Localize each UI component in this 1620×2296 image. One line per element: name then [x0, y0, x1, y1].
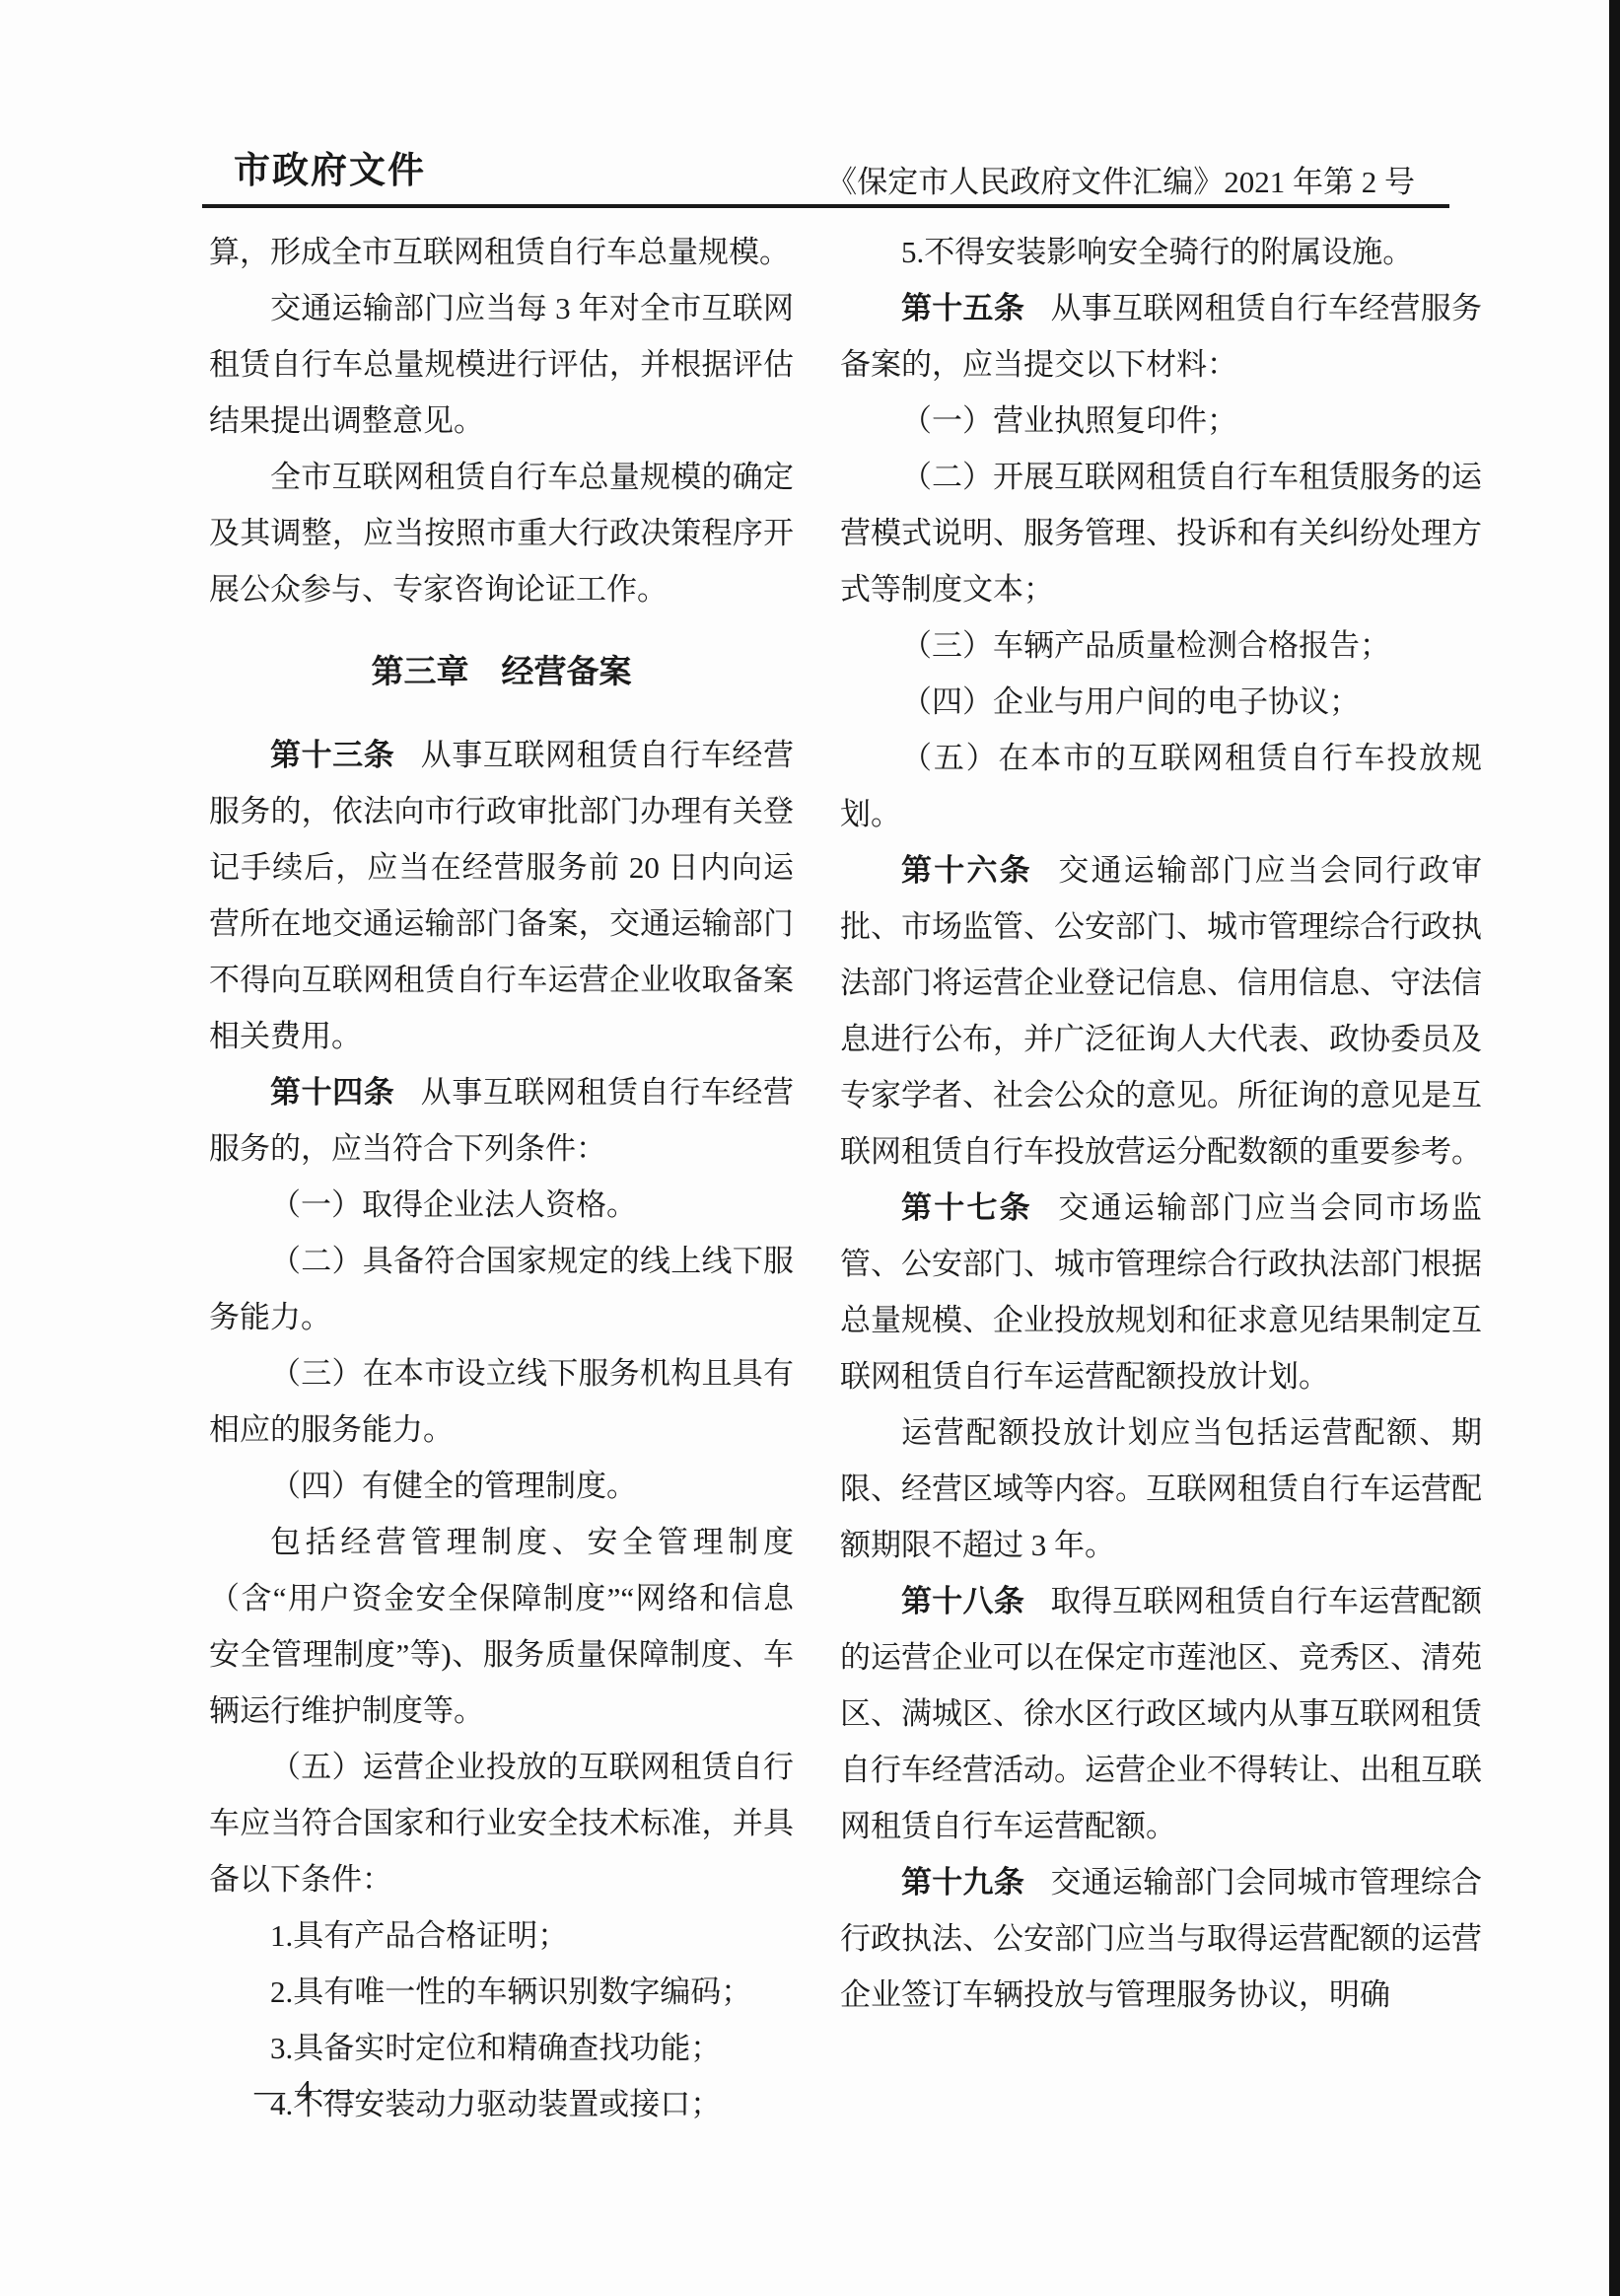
paragraph: （一）取得企业法人资格。	[209, 1177, 794, 1233]
paragraph: （五）在本市的互联网租赁自行车投放规划。	[840, 730, 1482, 842]
article-number: 第十三条	[270, 738, 394, 772]
article-number: 第十九条	[901, 1865, 1024, 1900]
paragraph: 包括经营管理制度、安全管理制度（含“用户资金安全保障制度”“网络和信息安全管理制…	[209, 1514, 794, 1739]
left-column: 算，形成全市互联网租赁自行车总量规模。交通运输部门应当每 3 年对全市互联网租赁…	[209, 224, 794, 2132]
paragraph: 第十七条交通运输部门应当会同市场监管、公安部门、城市管理综合行政执法部门根据总量…	[840, 1180, 1482, 1404]
paragraph: （三）车辆产品质量检测合格报告；	[840, 617, 1482, 674]
article-number: 第十五条	[901, 291, 1024, 325]
paragraph: （五）运营企业投放的互联网租赁自行车应当符合国家和行业安全技术标准，并具备以下条…	[209, 1739, 794, 1907]
paragraph: （四）企业与用户间的电子协议；	[840, 674, 1482, 730]
paragraph: （二）开展互联网租赁自行车租赁服务的运营模式说明、服务管理、投诉和有关纠纷处理方…	[840, 449, 1482, 617]
paragraph: 算，形成全市互联网租赁自行车总量规模。	[209, 224, 794, 280]
paragraph: 第十三条从事互联网租赁自行车经营服务的，依法向市行政审批部门办理有关登记手续后，…	[209, 727, 794, 1064]
paragraph: 5.不得安装影响安全骑行的附属设施。	[840, 224, 1482, 280]
paragraph: 全市互联网租赁自行车总量规模的确定及其调整，应当按照市重大行政决策程序开展公众参…	[209, 449, 794, 617]
paragraph: （一）营业执照复印件；	[840, 393, 1482, 449]
header-left-title: 市政府文件	[234, 150, 426, 191]
article-number: 第十六条	[901, 853, 1032, 888]
paragraph: 第十六条交通运输部门应当会同行政审批、市场监管、公安部门、城市管理综合行政执法部…	[840, 842, 1482, 1180]
paragraph: 第十九条交通运输部门会同城市管理综合行政执法、公安部门应当与取得运营配额的运营企…	[840, 1854, 1482, 2023]
article-number: 第十七条	[901, 1190, 1032, 1225]
paragraph: 交通运输部门应当每 3 年对全市互联网租赁自行车总量规模进行评估，并根据评估结果…	[209, 280, 794, 449]
header-right-title: 《保定市人民政府文件汇编》2021 年第 2 号	[826, 164, 1415, 201]
document-page: 市政府文件 《保定市人民政府文件汇编》2021 年第 2 号 算，形成全市互联网…	[0, 0, 1620, 2296]
chapter-heading: 第三章 经营备案	[209, 643, 794, 699]
article-number: 第十四条	[270, 1075, 394, 1110]
paragraph: 1.具有产品合格证明；	[209, 1907, 794, 1964]
paragraph: 运营配额投放计划应当包括运营配额、期限、经营区域等内容。互联网租赁自行车运营配额…	[840, 1404, 1482, 1573]
right-column: 5.不得安装影响安全骑行的附属设施。第十五条从事互联网租赁自行车经营服务备案的，…	[840, 224, 1482, 2023]
paragraph: （二）具备符合国家规定的线上线下服务能力。	[209, 1233, 794, 1345]
paragraph: 第十八条取得互联网租赁自行车运营配额的运营企业可以在保定市莲池区、竞秀区、清苑区…	[840, 1573, 1482, 1854]
paragraph: （四）有健全的管理制度。	[209, 1458, 794, 1514]
paragraph: （三）在本市设立线下服务机构且具有相应的服务能力。	[209, 1345, 794, 1458]
article-number: 第十八条	[901, 1584, 1024, 1618]
paragraph: 第十四条从事互联网租赁自行车经营服务的，应当符合下列条件：	[209, 1064, 794, 1177]
paragraph: 3.具备实时定位和精确查找功能；	[209, 2020, 794, 2076]
paragraph: 2.具有唯一性的车辆识别数字编码；	[209, 1964, 794, 2020]
paragraph: 第十五条从事互联网租赁自行车经营服务备案的，应当提交以下材料：	[840, 280, 1482, 393]
header-rule	[202, 204, 1449, 208]
page-number: — 4 —	[254, 2071, 356, 2111]
scan-edge-artifact	[1609, 0, 1620, 2296]
